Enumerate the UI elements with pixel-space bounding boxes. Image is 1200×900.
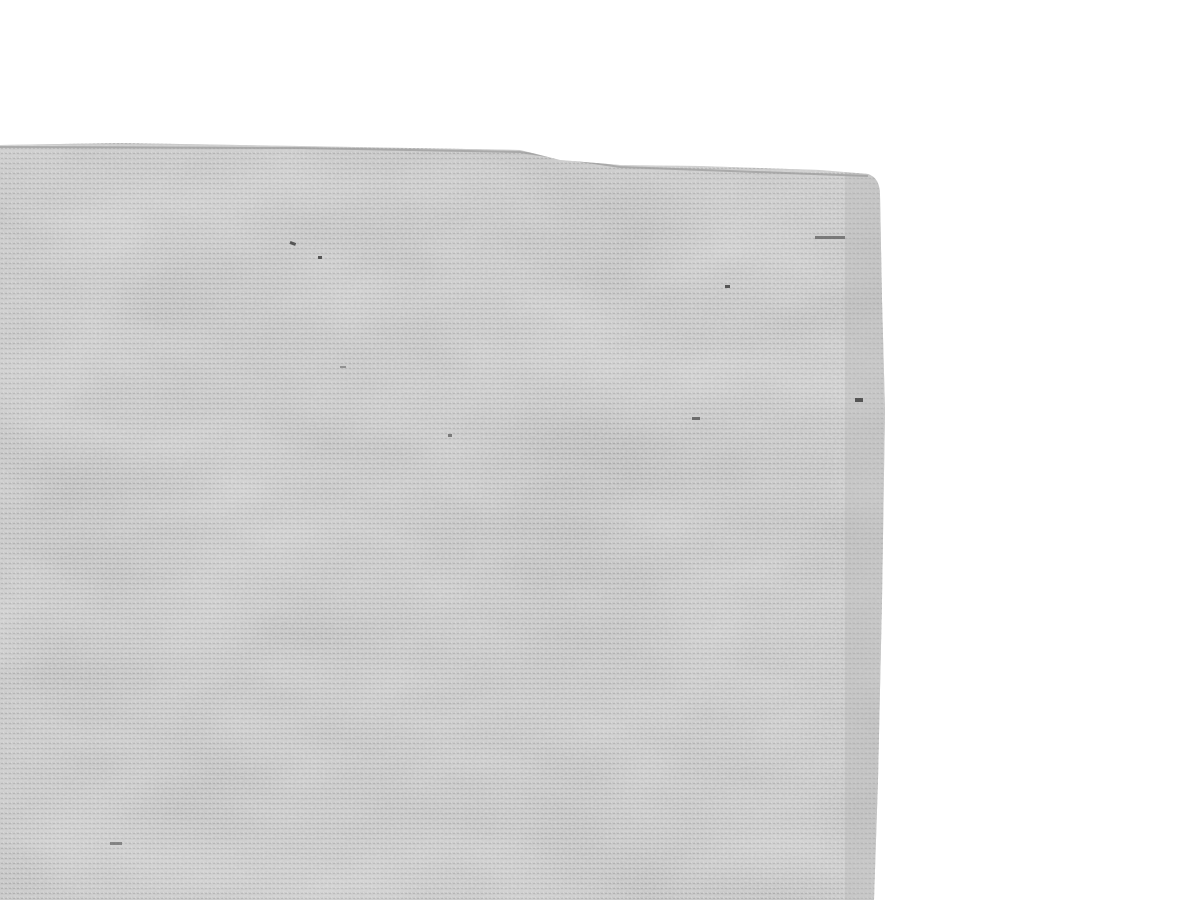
photo-scene bbox=[0, 0, 1200, 900]
fabric-photo bbox=[0, 0, 1200, 900]
fabric-cloth bbox=[0, 140, 900, 900]
